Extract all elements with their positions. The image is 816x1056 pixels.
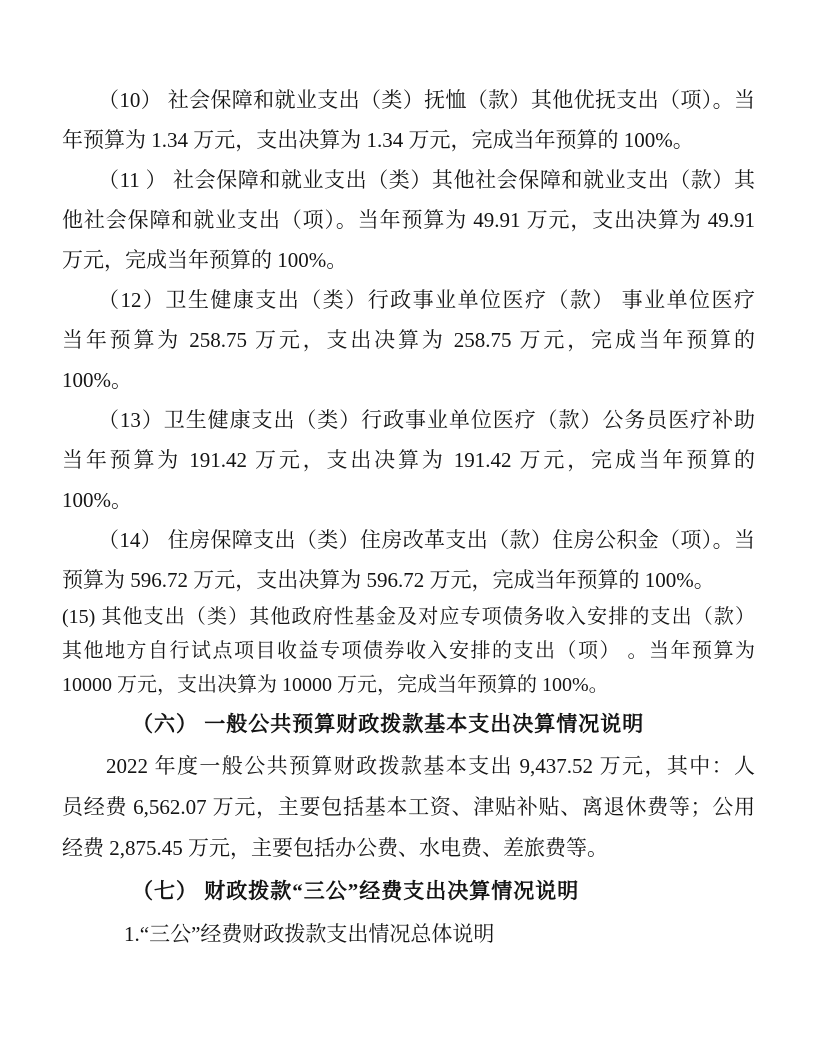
paragraph-13: （13）卫生健康支出（类）行政事业单位医疗（款）公务员医疗补助（项）。当年预算为…: [62, 400, 755, 520]
text-line: （10） 社会保障和就业支出（类）抚恤（款）其他优抚支出（项）。当: [62, 80, 755, 120]
section-heading-six: （六） 一般公共预算财政拨款基本支出决算情况说明: [62, 702, 755, 746]
text-line: （12）卫生健康支出（类）行政事业单位医疗（款） 事业单位医疗（项）。: [62, 280, 755, 320]
paragraph-11: （11 ） 社会保障和就业支出（类）其他社会保障和就业支出（款）其他社会保障和就…: [62, 160, 755, 280]
text-line: （六） 一般公共预算财政拨款基本支出决算情况说明: [62, 702, 755, 746]
text-line: 100%。: [62, 480, 755, 520]
text-line: （13）卫生健康支出（类）行政事业单位医疗（款）公务员医疗补助（项）。: [62, 400, 755, 440]
text-line: 经费 2,875.45 万元，主要包括办公费、水电费、差旅费等。: [62, 828, 755, 869]
text-line: 2022 年度一般公共预算财政拨款基本支出 9,437.52 万元，其中：人: [62, 746, 755, 787]
text-line: （七） 财政拨款“三公”经费支出决算情况说明: [62, 869, 755, 913]
text-line: 10000 万元，支出决算为 10000 万元，完成当年预算的 100%。: [62, 668, 755, 702]
text-line: 年预算为 1.34 万元，支出决算为 1.34 万元，完成当年预算的 100%。: [62, 120, 755, 160]
section-heading-seven: （七） 财政拨款“三公”经费支出决算情况说明: [62, 869, 755, 913]
paragraph-12: （12）卫生健康支出（类）行政事业单位医疗（款） 事业单位医疗（项）。当年预算为…: [62, 280, 755, 400]
text-line: (15) 其他支出（类）其他政府性基金及对应专项债务收入安排的支出（款）: [62, 600, 755, 634]
text-line: 当年预算为 258.75 万元，支出决算为 258.75 万元，完成当年预算的: [62, 320, 755, 360]
text-line: 万元，完成当年预算的 100%。: [62, 240, 755, 280]
text-line: 当年预算为 191.42 万元，支出决算为 191.42 万元，完成当年预算的: [62, 440, 755, 480]
text-line: （14） 住房保障支出（类）住房改革支出（款）住房公积金（项）。当年: [62, 520, 755, 560]
paragraph-15: (15) 其他支出（类）其他政府性基金及对应专项债务收入安排的支出（款）其他地方…: [62, 600, 755, 702]
text-line: 他社会保障和就业支出（项）。当年预算为 49.91 万元，支出决算为 49.91: [62, 200, 755, 240]
subitem-1-line: 1.“三公”经费财政拨款支出情况总体说明: [62, 913, 755, 955]
text-line: 1.“三公”经费财政拨款支出情况总体说明: [62, 913, 755, 955]
paragraph-six-body: 2022 年度一般公共预算财政拨款基本支出 9,437.52 万元，其中：人员经…: [62, 746, 755, 869]
text-line: 员经费 6,562.07 万元，主要包括基本工资、津贴补贴、离退休费等；公用: [62, 787, 755, 828]
text-line: 预算为 596.72 万元，支出决算为 596.72 万元，完成当年预算的 10…: [62, 560, 755, 600]
paragraph-14: （14） 住房保障支出（类）住房改革支出（款）住房公积金（项）。当年预算为 59…: [62, 520, 755, 600]
document-content: （10） 社会保障和就业支出（类）抚恤（款）其他优抚支出（项）。当年预算为 1.…: [62, 80, 755, 955]
document-page: （10） 社会保障和就业支出（类）抚恤（款）其他优抚支出（项）。当年预算为 1.…: [0, 0, 816, 1056]
text-line: （11 ） 社会保障和就业支出（类）其他社会保障和就业支出（款）其: [62, 160, 755, 200]
text-line: 其他地方自行试点项目收益专项债券收入安排的支出（项） 。当年预算为: [62, 634, 755, 668]
paragraph-10: （10） 社会保障和就业支出（类）抚恤（款）其他优抚支出（项）。当年预算为 1.…: [62, 80, 755, 160]
text-line: 100%。: [62, 360, 755, 400]
